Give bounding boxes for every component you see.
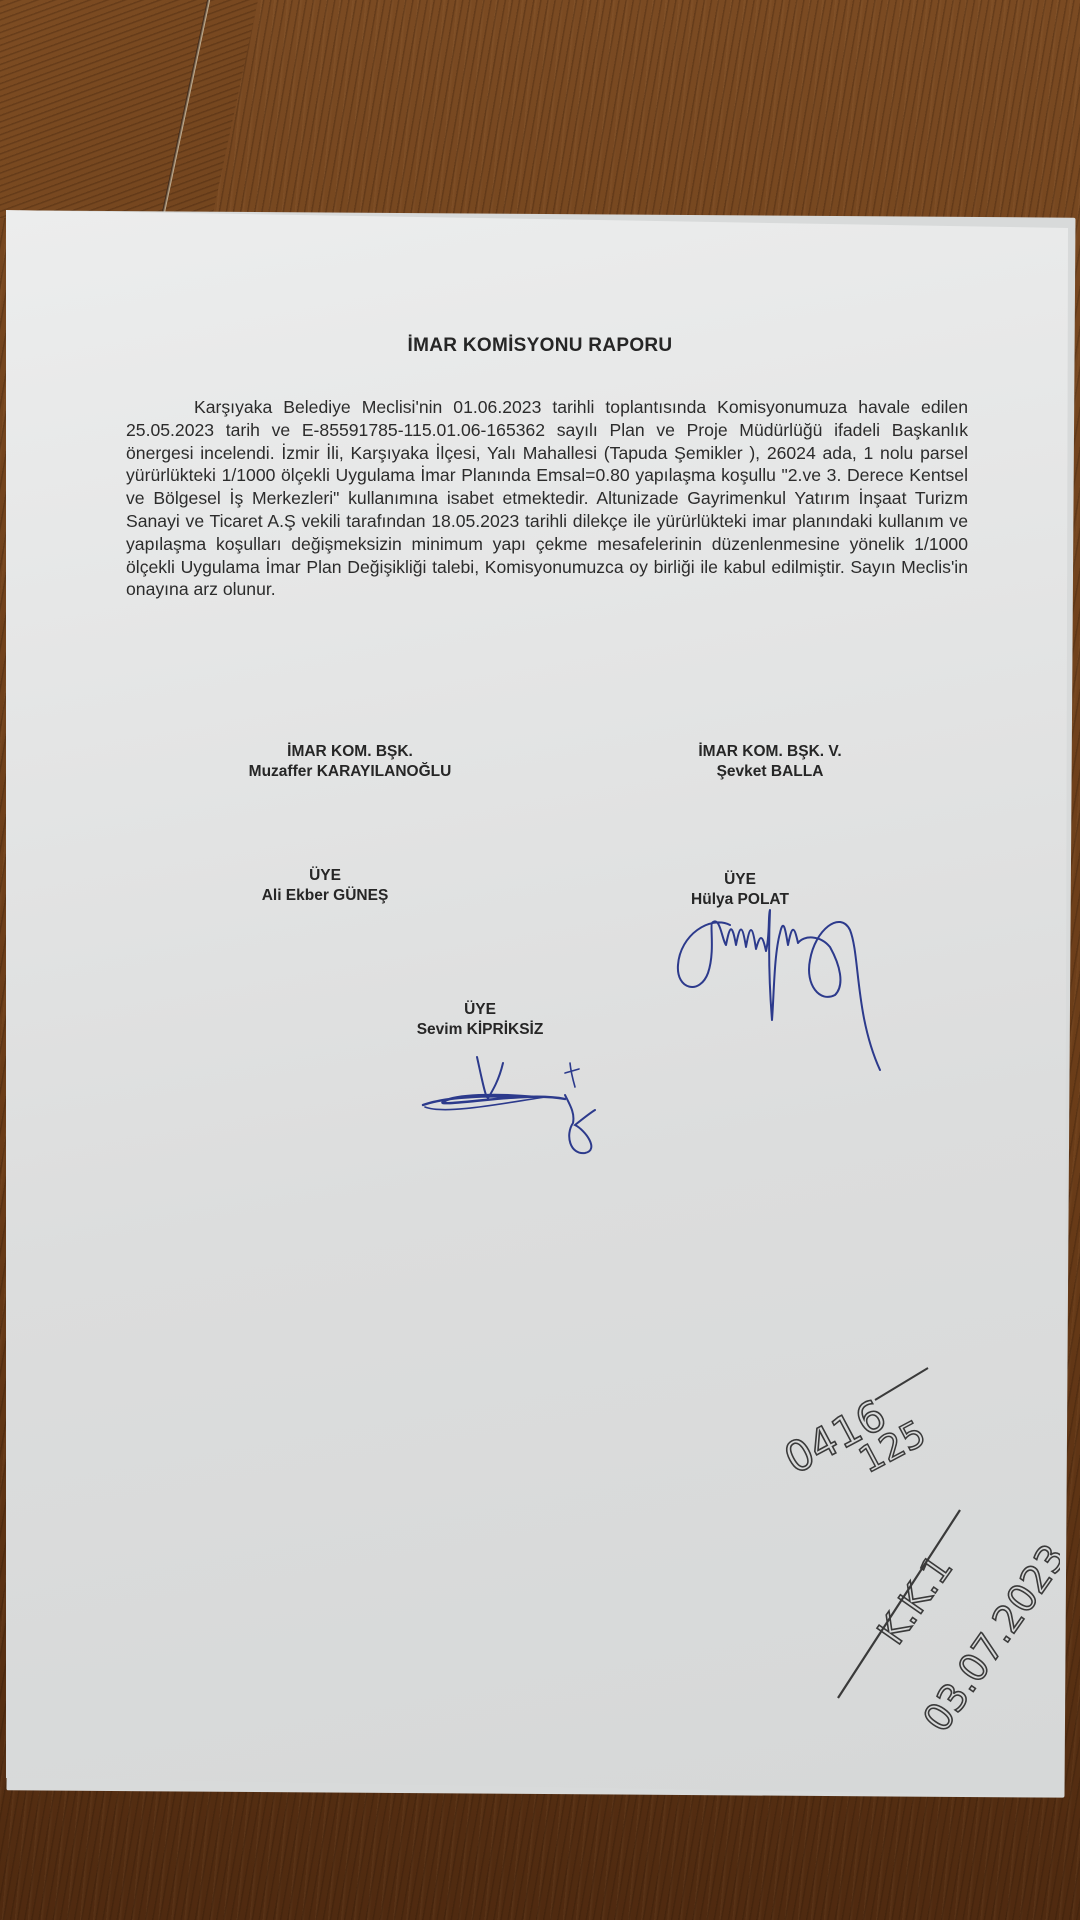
signatory-chair: İMAR KOM. BŞK. Muzaffer KARAYILANOĞLU — [210, 742, 490, 782]
report-document: İMAR KOMİSYONU RAPORU Karşıyaka Belediye… — [0, 0, 1080, 1920]
signatory-member-kipriksiz: ÜYE Sevim KİPRİKSİZ — [380, 1000, 580, 1040]
signatory-role: İMAR KOM. BŞK. — [210, 742, 490, 762]
signature-polat-icon — [670, 895, 910, 1075]
signatory-role: ÜYE — [200, 866, 450, 886]
handwritten-note-date: K.K.1 03.07.2023 — [820, 1490, 1040, 1720]
signatory-vice-chair: İMAR KOM. BŞK. V. Şevket BALLA — [640, 742, 900, 782]
signatory-role: ÜYE — [380, 1000, 580, 1020]
report-body: Karşıyaka Belediye Meclisi'nin 01.06.202… — [126, 396, 968, 601]
signatory-member-gunes: ÜYE Ali Ekber GÜNEŞ — [200, 866, 450, 906]
signatory-role: İMAR KOM. BŞK. V. — [640, 742, 900, 762]
signatory-name: Muzaffer KARAYILANOĞLU — [210, 762, 490, 782]
report-title: İMAR KOMİSYONU RAPORU — [0, 335, 1080, 357]
signatory-name: Sevim KİPRİKSİZ — [380, 1020, 580, 1040]
signatory-name: Ali Ekber GÜNEŞ — [200, 886, 450, 906]
signatory-name: Şevket BALLA — [640, 762, 900, 782]
signature-kipriksiz-icon — [415, 1055, 615, 1155]
svg-text:K.K.1: K.K.1 — [869, 1547, 961, 1653]
signatory-role: ÜYE — [640, 870, 840, 890]
handwritten-note-top: 0416 125 — [780, 1360, 920, 1490]
